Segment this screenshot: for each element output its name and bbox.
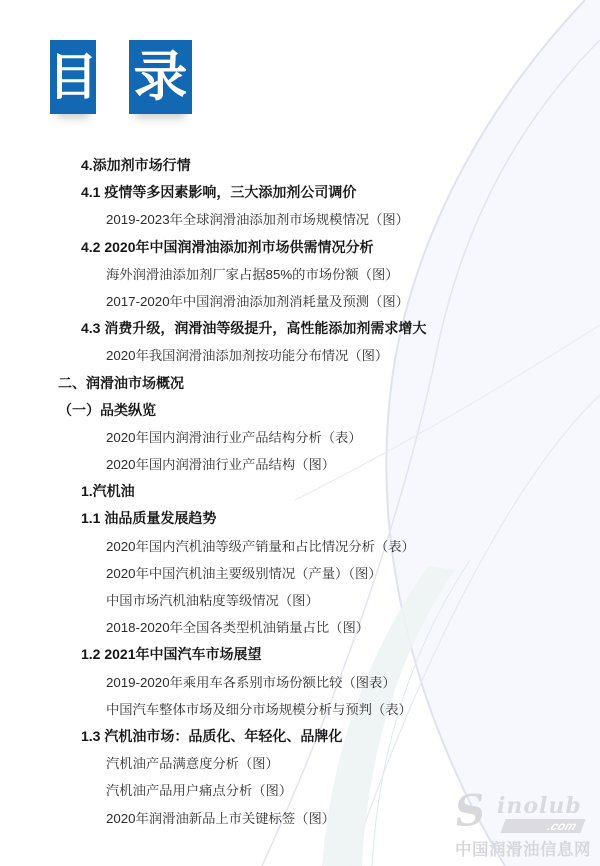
toc-item: 海外润滑油添加剂厂家占据85%的市场份额（图） [0, 261, 600, 288]
toc-item: 2017-2020年中国润滑油添加剂消耗量及预测（图） [0, 288, 600, 315]
toc-item: 4.2 2020年中国润滑油添加剂市场供需情况分析 [0, 234, 600, 261]
toc-item: 2020年国内汽机油等级产销量和占比情况分析（表） [0, 533, 600, 560]
title-block-1: 目 [50, 40, 96, 114]
toc-item: 2019-2020年乘用车各系别市场份额比较（图表） [0, 669, 600, 696]
toc-item: 2018-2020年全国各类型机油销量占比（图） [0, 614, 600, 641]
toc-item: 2020年中国汽机油主要级别情况（产量）（图） [0, 560, 600, 587]
toc-item: 2020年我国润滑油添加剂按功能分布情况（图） [0, 342, 600, 369]
toc-item: 1.汽机油 [0, 478, 600, 505]
toc-item: 4.3 消费升级，润滑油等级提升，高性能添加剂需求增大 [0, 315, 600, 342]
toc-item: 2020年国内润滑油行业产品结构分析（表） [0, 424, 600, 451]
toc-item: 二、润滑油市场概况 [0, 370, 600, 397]
toc-item: 中国汽车整体市场及细分市场规模分析与预判（表） [0, 696, 600, 723]
title-char-1: 目 [48, 52, 98, 102]
toc-item: 2020年国内润滑油行业产品结构（图） [0, 451, 600, 478]
toc-item: 2019-2023年全球润滑油添加剂市场规模情况（图） [0, 206, 600, 233]
toc-item: 4.1 疫情等多因素影响，三大添加剂公司调价 [0, 179, 600, 206]
sinolub-domain-badge: .com [500, 819, 585, 833]
sinolub-logo-s: S [453, 789, 488, 834]
toc-item: 1.2 2021年中国汽车市场展望 [0, 641, 600, 668]
toc-list: 4.添加剂市场行情4.1 疫情等多因素影响，三大添加剂公司调价2019-2023… [0, 152, 600, 832]
site-name-text: 中国润滑油信息网 [455, 836, 600, 860]
toc-item: 1.3 汽机油市场：品质化、年轻化、品牌化 [0, 723, 600, 750]
toc-item: （一）品类纵览 [0, 397, 600, 424]
title-block-2: 录 [129, 40, 192, 114]
title-char-2: 录 [134, 50, 188, 104]
sinolub-logo-text: inolub [497, 793, 582, 819]
toc-item: 汽机油产品满意度分析（图） [0, 750, 600, 777]
sinolub-watermark: S inolub .com 中国润滑油信息网 [455, 792, 600, 862]
toc-item: 中国市场汽机油粘度等级情况（图） [0, 587, 600, 614]
toc-item: 1.1 油品质量发展趋势 [0, 505, 600, 532]
toc-item: 4.添加剂市场行情 [0, 152, 600, 179]
